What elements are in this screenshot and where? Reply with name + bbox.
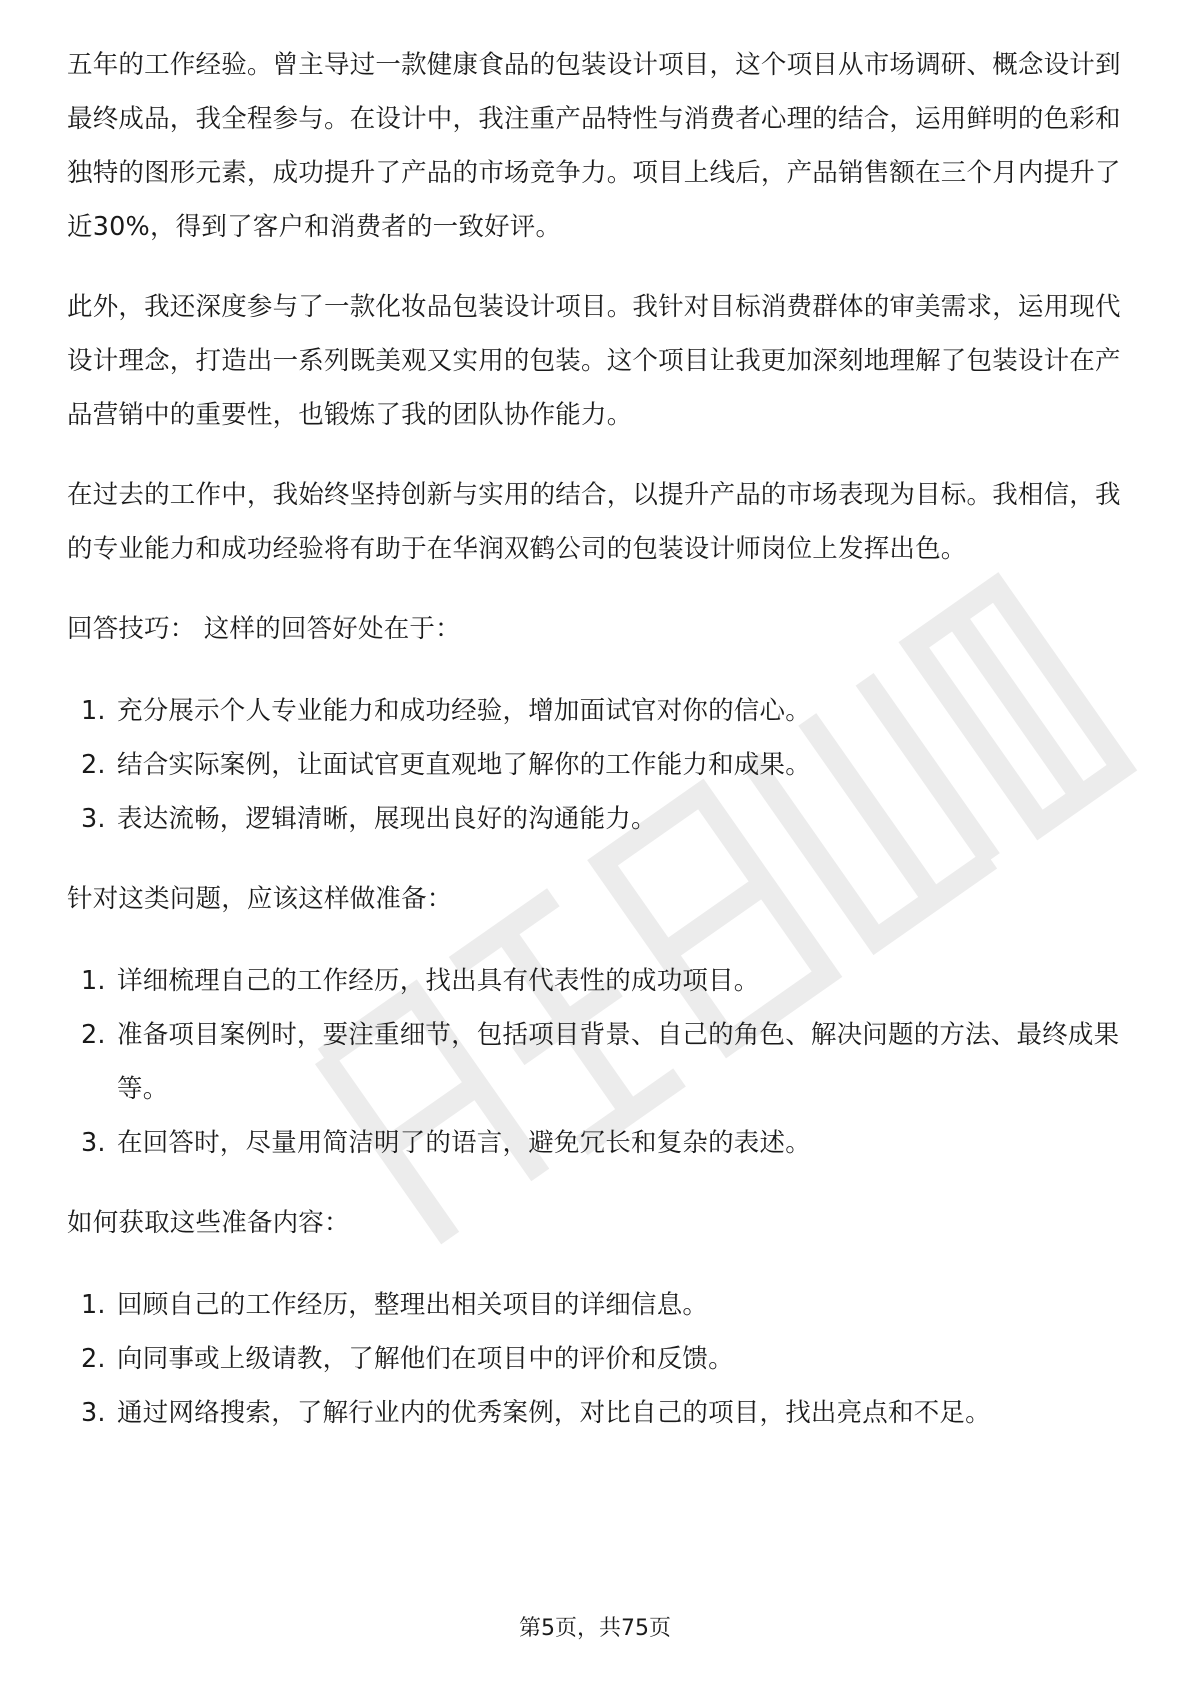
list-number: 1. (81, 1278, 106, 1332)
list-number: 2. (81, 1332, 106, 1386)
list-number: 3. (81, 792, 106, 846)
list-item: 3.通过网络搜索，了解行业内的优秀案例，对比自己的项目，找出亮点和不足。 (67, 1386, 1127, 1440)
document-body: 五年的工作经验。曾主导过一款健康食品的包装设计项目，这个项目从市场调研、概念设计… (67, 38, 1127, 1466)
list-number: 2. (81, 738, 106, 792)
list-item-text: 在回答时，尽量用简洁明了的语言，避免冗长和复杂的表述。 (117, 1128, 811, 1158)
list-item-text: 结合实际案例，让面试官更直观地了解你的工作能力和成果。 (117, 750, 811, 780)
preparation-list: 1.详细梳理自己的工作经历，找出具有代表性的成功项目。 2.准备项目案例时，要注… (67, 954, 1127, 1170)
list-item-text: 准备项目案例时，要注重细节，包括项目背景、自己的角色、解决问题的方法、最终成果等… (117, 1020, 1119, 1104)
list-item: 3.在回答时，尽量用简洁明了的语言，避免冗长和复杂的表述。 (67, 1116, 1127, 1170)
list-item-text: 充分展示个人专业能力和成功经验，增加面试官对你的信心。 (117, 696, 811, 726)
list-number: 1. (81, 684, 106, 738)
section-heading-preparation: 针对这类问题，应该这样做准备： (67, 872, 1127, 926)
answer-tips-list: 1.充分展示个人专业能力和成功经验，增加面试官对你的信心。 2.结合实际案例，让… (67, 684, 1127, 846)
list-item: 2.结合实际案例，让面试官更直观地了解你的工作能力和成果。 (67, 738, 1127, 792)
list-item-text: 表达流畅，逻辑清晰，展现出良好的沟通能力。 (117, 804, 657, 834)
how-to-obtain-list: 1.回顾自己的工作经历，整理出相关项目的详细信息。 2.向同事或上级请教，了解他… (67, 1278, 1127, 1440)
list-number: 1. (81, 954, 106, 1008)
page-indicator: 第5页，共75页 (0, 1611, 1190, 1642)
list-item-text: 回顾自己的工作经历，整理出相关项目的详细信息。 (117, 1290, 708, 1320)
list-item: 2.准备项目案例时，要注重细节，包括项目背景、自己的角色、解决问题的方法、最终成… (67, 1008, 1127, 1116)
list-item: 3.表达流畅，逻辑清晰，展现出良好的沟通能力。 (67, 792, 1127, 846)
list-number: 3. (81, 1386, 106, 1440)
list-number: 3. (81, 1116, 106, 1170)
paragraph: 五年的工作经验。曾主导过一款健康食品的包装设计项目，这个项目从市场调研、概念设计… (67, 38, 1127, 254)
section-heading-how-to-obtain: 如何获取这些准备内容： (67, 1196, 1127, 1250)
section-heading-answer-tips: 回答技巧： 这样的回答好处在于： (67, 602, 1127, 656)
list-item-text: 详细梳理自己的工作经历，找出具有代表性的成功项目。 (117, 966, 760, 996)
paragraph: 此外，我还深度参与了一款化妆品包装设计项目。我针对目标消费群体的审美需求，运用现… (67, 280, 1127, 442)
list-item-text: 通过网络搜索，了解行业内的优秀案例，对比自己的项目，找出亮点和不足。 (117, 1398, 991, 1428)
document-page: 五年的工作经验。曾主导过一款健康食品的包装设计项目，这个项目从市场调研、概念设计… (0, 0, 1190, 1684)
list-item: 1.回顾自己的工作经历，整理出相关项目的详细信息。 (67, 1278, 1127, 1332)
list-item: 1.充分展示个人专业能力和成功经验，增加面试官对你的信心。 (67, 684, 1127, 738)
list-item: 1.详细梳理自己的工作经历，找出具有代表性的成功项目。 (67, 954, 1127, 1008)
list-number: 2. (81, 1008, 106, 1062)
list-item-text: 向同事或上级请教，了解他们在项目中的评价和反馈。 (117, 1344, 734, 1374)
list-item: 2.向同事或上级请教，了解他们在项目中的评价和反馈。 (67, 1332, 1127, 1386)
paragraph: 在过去的工作中，我始终坚持创新与实用的结合，以提升产品的市场表现为目标。我相信，… (67, 468, 1127, 576)
